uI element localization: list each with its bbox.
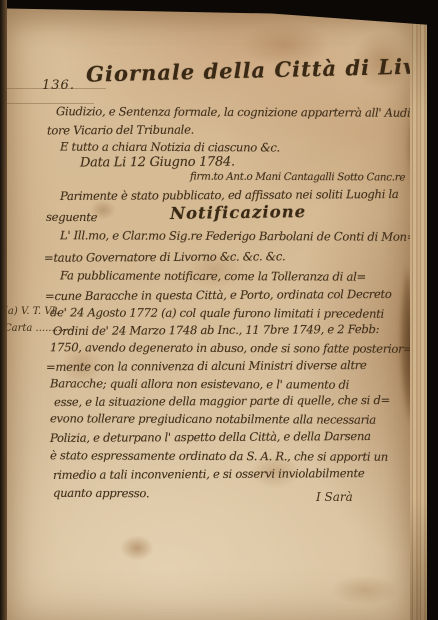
- manuscript-line: =mente con la connivenza di alcuni Minis…: [46, 358, 367, 374]
- manuscript-line: =tauto Governatore di Livorno &c. &c. &c…: [44, 249, 285, 264]
- manuscript-line: quanto appresso.: [53, 486, 149, 500]
- catchword: I Sarà: [316, 490, 353, 504]
- signature-line: firm.to Ant.o Mani Cantagalli Sotto Canc…: [190, 171, 405, 184]
- manuscript-line: evono tollerare pregiudicano notabilment…: [50, 411, 376, 426]
- manuscript-line: Polizia, e deturpano l' aspetto della Ci…: [50, 429, 371, 445]
- margin-note-ref: Carta ............: [4, 323, 74, 334]
- manuscript-line: de' 24 Agosto 1772 (a) col quale furono …: [50, 305, 384, 320]
- manuscript-line: L' Ill.mo, e Clar.mo Sig.re Federigo Bar…: [60, 228, 416, 244]
- manuscript-line: Fa pubblicamente notificare, come la Tol…: [60, 268, 366, 283]
- manuscript-line: Ordini de' 24 Marzo 1748 ab Inc., 11 7br…: [53, 322, 379, 338]
- binding-edge: [0, 0, 7, 620]
- manuscript-line: esse, e la situazione della maggior part…: [54, 393, 390, 409]
- manuscript-line: seguente: [46, 210, 97, 224]
- section-heading: Notificazione: [170, 202, 306, 223]
- manuscript-line: =cune Baracche in questa Città, e Porto,…: [45, 287, 392, 303]
- manuscript-line: Baracche; quali allora non esistevano, e…: [50, 376, 349, 391]
- photo-background-right: [427, 0, 438, 620]
- page-number: 136.: [42, 78, 75, 93]
- margin-note-marker: (a) V. T. VI.: [4, 306, 59, 317]
- manuscript-line: Parimente è stato pubblicato, ed affissa…: [60, 187, 399, 203]
- manuscript-line: tore Vicario del Tribunale.: [47, 123, 194, 138]
- manuscript-photo: 136. Giornale della Città di Livorno Giu…: [0, 0, 438, 620]
- manuscript-line: E tutto a chiara Notizia di ciascuno &c.: [60, 140, 280, 155]
- manuscript-line: Giudizio, e Sentenza formale, la cognizi…: [56, 104, 420, 120]
- manuscript-line: 1750, avendo degenerato in abuso, onde s…: [50, 340, 413, 356]
- date-line: Data Li 12 Giugno 1784.: [80, 155, 235, 171]
- manuscript-line: è stato espressamente ordinato da S. A. …: [50, 448, 388, 463]
- book-fore-edge: [410, 20, 428, 620]
- manuscript-line: rimedio a tali inconvenienti, e si osser…: [53, 466, 364, 482]
